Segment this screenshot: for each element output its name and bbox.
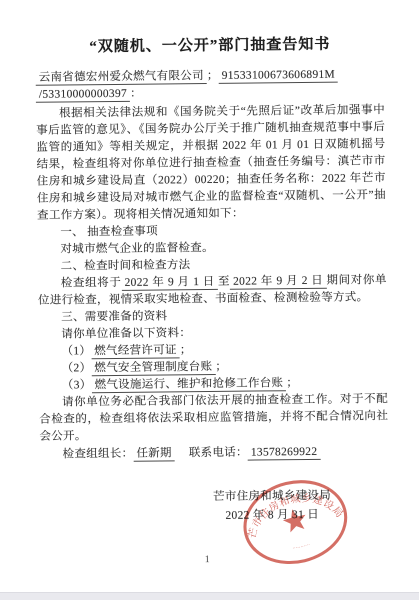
item-2-tail: ； — [215, 361, 227, 373]
inspection-end-date: 2022 年 9 月 2 日 — [230, 275, 327, 290]
seal-bottom-marks: ··········· — [291, 541, 312, 552]
addressee-colon: ： — [130, 88, 142, 100]
addressee-separator: ； — [207, 70, 219, 82]
svg-text:···········: ··········· — [291, 541, 312, 552]
company-name: 云南省德宏州爱众燃气有限公司 — [36, 70, 207, 86]
addressee-line: 云南省德宏州爱众燃气有限公司；91533100673606891M/533100… — [36, 66, 385, 104]
section2-pre: 检查组将于 — [61, 277, 122, 290]
item-3-tail: ； — [286, 377, 298, 389]
registration-code: /53310000000397 — [36, 88, 130, 103]
document-title: “双随机、一公开”部门抽查告知书 — [35, 34, 384, 58]
leader-name: 任新期 — [133, 447, 175, 461]
item-1-number: （1） — [61, 345, 91, 357]
inspection-start-date: 2022 年 9 月 1 日 — [122, 276, 219, 291]
closing-paragraph: 请你单位务必配合我部门依法开展的抽查检查工作。对于不配合检查的，检查组将依法采取… — [39, 391, 389, 446]
leader-label: 检查组组长： — [63, 448, 134, 461]
section2-paragraph: 检查组将于2022 年 9 月 1 日至2022 年 9 月 2 日期间对你单位… — [38, 272, 387, 310]
item-1-tail: ； — [180, 344, 192, 356]
document-body: “双随机、一公开”部门抽查告知书 云南省德宏州爱众燃气有限公司；91533100… — [0, 0, 419, 528]
page-number: 1 — [205, 554, 210, 565]
item-2-text: 燃气安全管理制度台账 — [91, 361, 215, 376]
scan-bottom-edge — [0, 592, 419, 600]
leader-contact-line: 检查组组长：任新期联系电话：13578269922 — [40, 443, 389, 464]
scanned-document: “双随机、一公开”部门抽查告知书 云南省德宏州爱众燃气有限公司；91533100… — [0, 0, 419, 600]
credit-code: 91533100673606891M — [219, 69, 339, 84]
item-3-number: （3） — [62, 379, 92, 391]
phone-number: 13578269922 — [248, 446, 321, 461]
seal-star-icon — [281, 507, 309, 534]
section2-mid: 至 — [218, 276, 230, 288]
phone-label: 联系电话： — [189, 447, 248, 460]
intro-paragraph: 根据相关法律法规和《国务院关于“先照后证”改革后加强事中事后监管的意见》、《国务… — [36, 102, 386, 225]
item-1-text: 燃气经营许可证 — [91, 344, 180, 359]
item-2-number: （2） — [62, 362, 92, 374]
item-3-text: 燃气设施运行、维护和抢修工作台账 — [91, 377, 286, 393]
